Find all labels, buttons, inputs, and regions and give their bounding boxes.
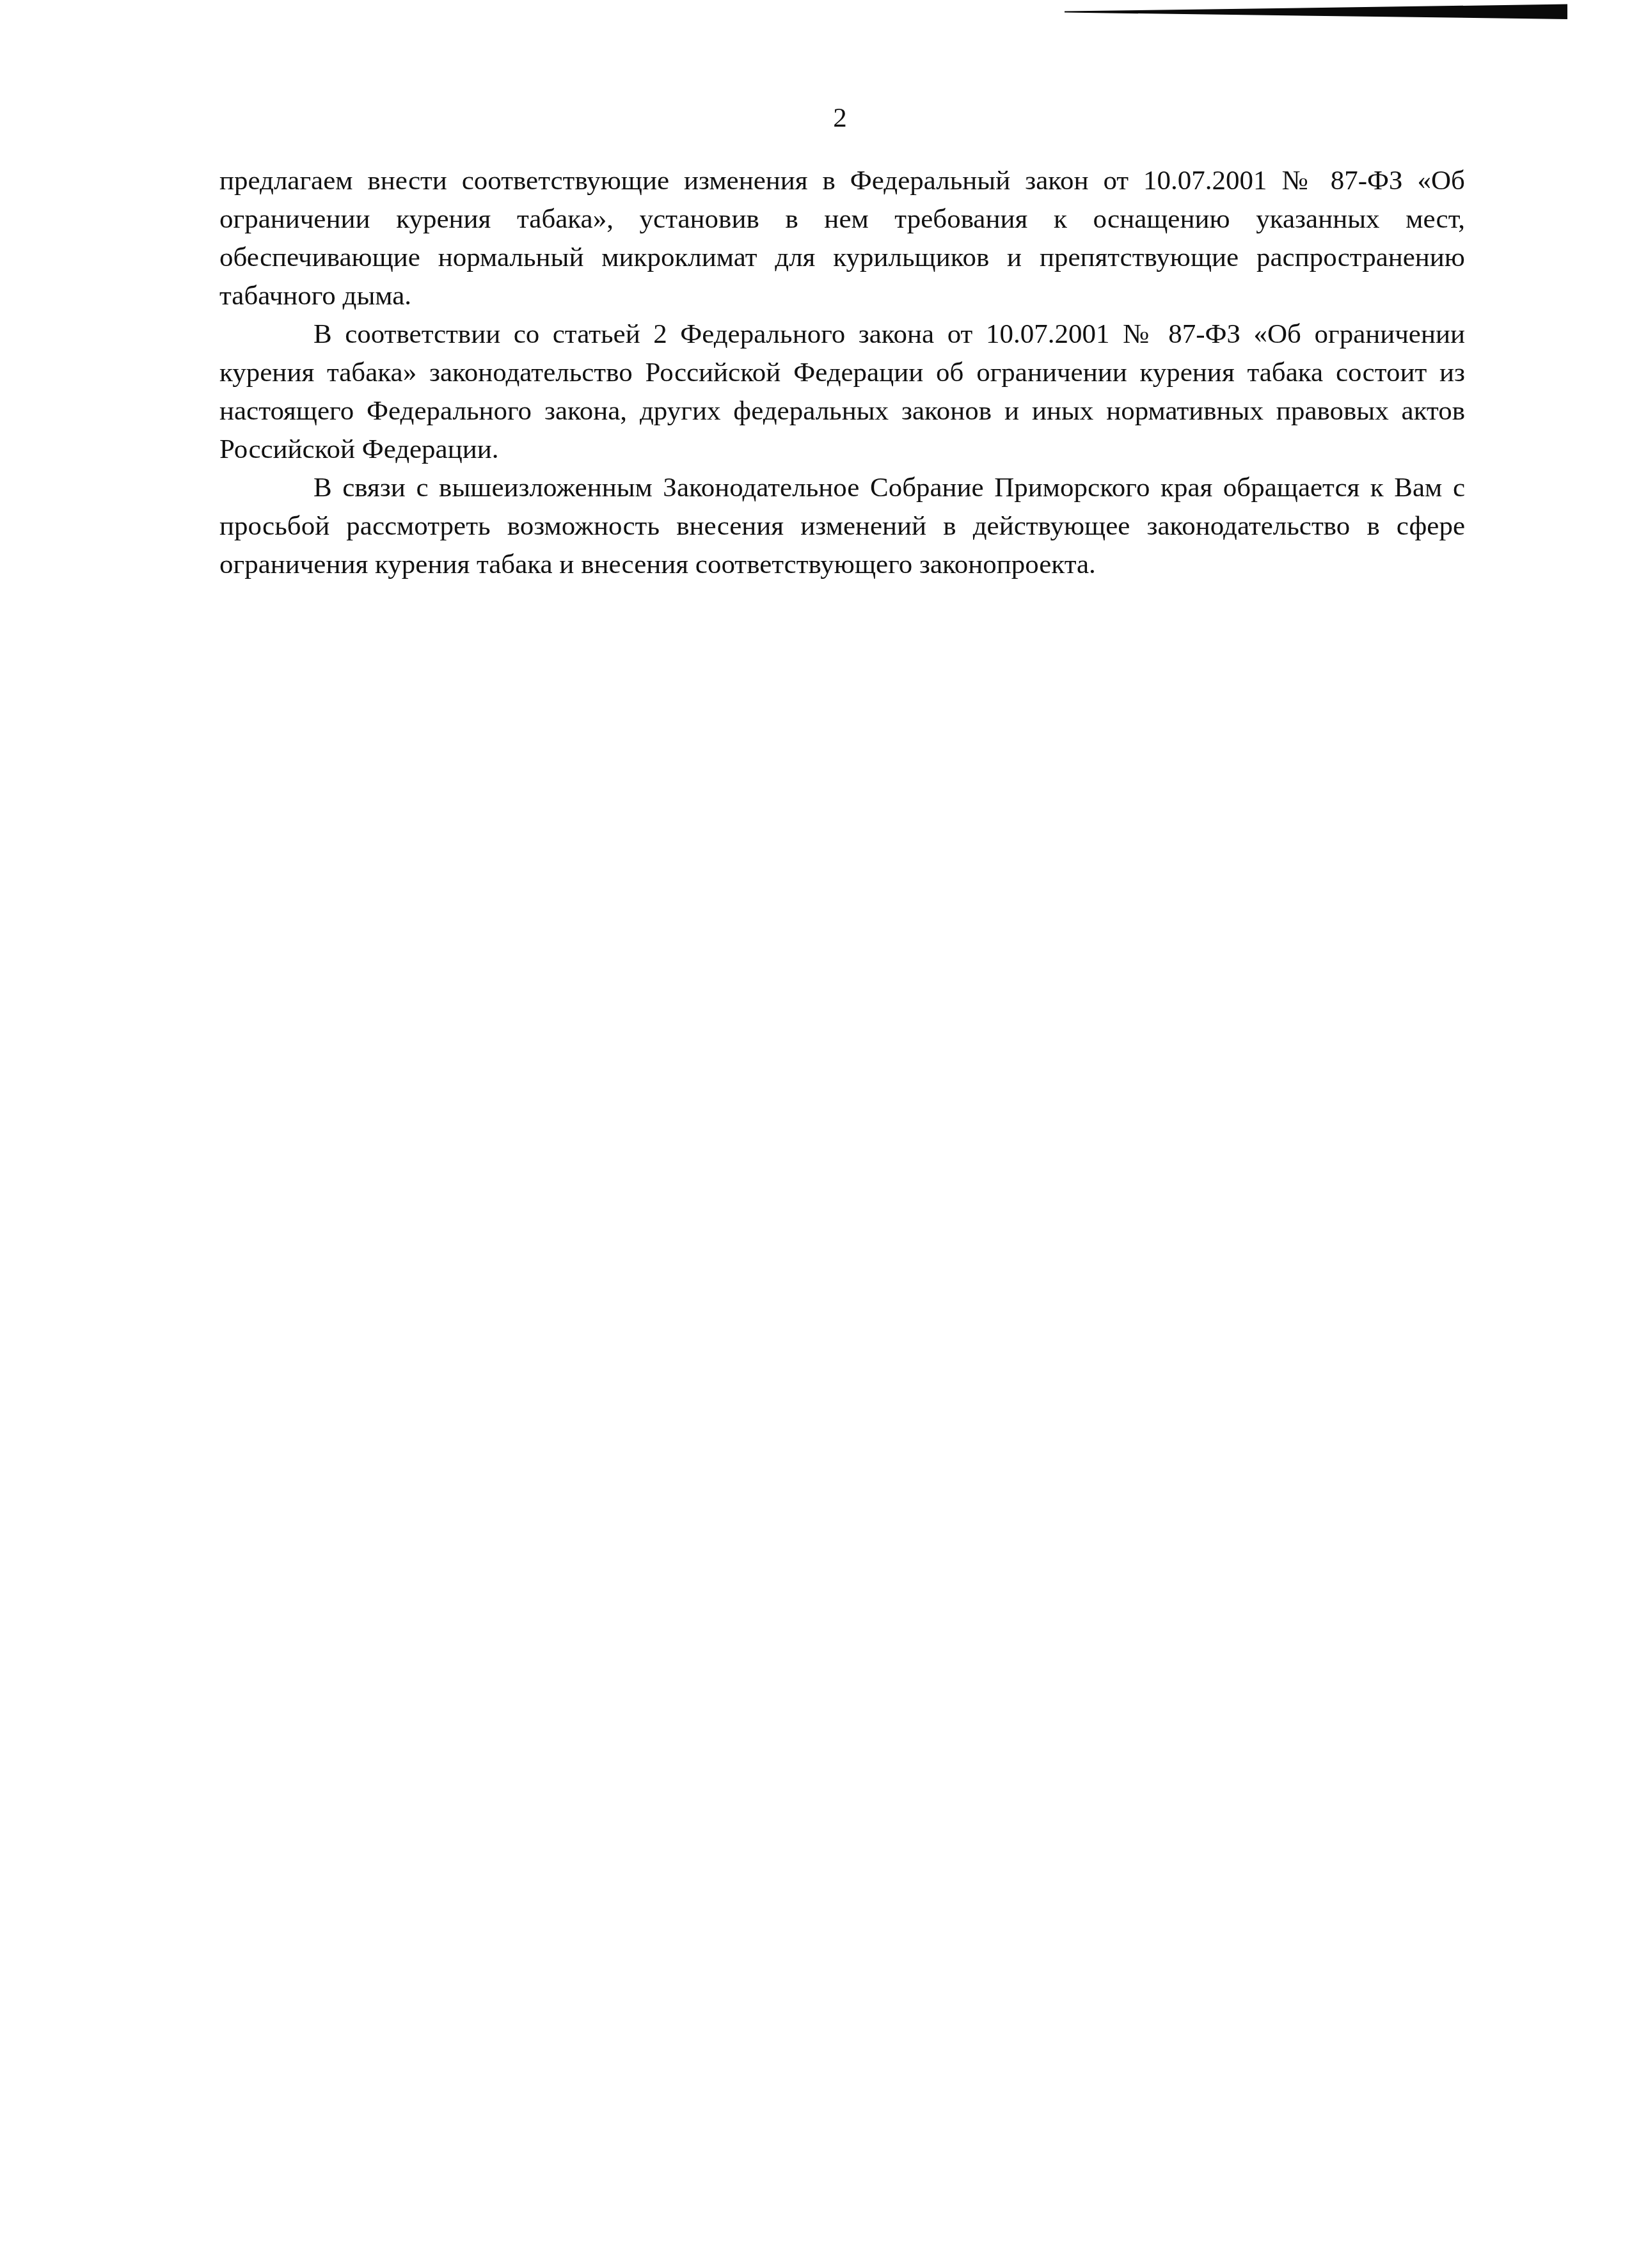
scan-artifact-bar xyxy=(1065,3,1567,19)
paragraph-legal-basis: В соответствии со статьей 2 Федерального… xyxy=(219,315,1465,469)
document-body: предлагаем внести соответствующие измене… xyxy=(219,162,1465,584)
paragraph-continuation: предлагаем внести соответствующие измене… xyxy=(219,162,1465,315)
paragraph-request: В связи с вышеизложенным Законодательное… xyxy=(219,469,1465,584)
page-number: 2 xyxy=(0,102,1632,134)
